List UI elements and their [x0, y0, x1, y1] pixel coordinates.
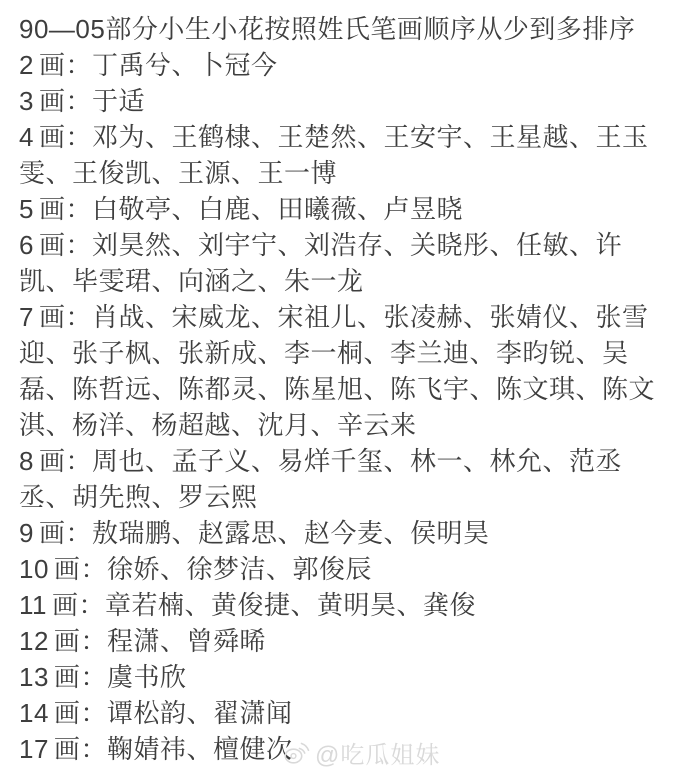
names-text: ：周也、孟子义、易烊千玺、林一、林允、范丞丞、胡先煦、罗云熙	[19, 446, 622, 512]
stroke-group-12: 12画：程潇、曾舜晞	[19, 623, 662, 659]
weibo-logo-icon	[283, 740, 310, 766]
stroke-count-number: 11	[19, 590, 47, 620]
stroke-group-3: 3画：于适	[19, 83, 662, 119]
stroke-count-unit: 画	[39, 194, 66, 224]
stroke-count-number: 2	[19, 50, 34, 80]
stroke-count-unit: 画	[54, 698, 81, 728]
stroke-count-unit: 画	[39, 518, 66, 548]
stroke-count-number: 10	[19, 554, 49, 584]
stroke-count-unit: 画	[39, 86, 66, 116]
stroke-count-number: 9	[19, 518, 34, 548]
stroke-count-number: 13	[19, 662, 49, 692]
stroke-count-unit: 画	[39, 122, 66, 152]
stroke-order-document: 90—05部分小生小花按照姓氏笔画顺序从少到多排序 2画：丁禹兮、卜冠今3画：于…	[0, 0, 690, 767]
names-text: ：白敬亭、白鹿、田曦薇、卢昱晓	[65, 194, 463, 224]
stroke-count-number: 5	[19, 194, 34, 224]
names-text: ：肖战、宋威龙、宋祖儿、张凌赫、张婧仪、张雪迎、张子枫、张新成、李一桐、李兰迪、…	[19, 302, 655, 440]
stroke-count-unit: 画	[54, 662, 81, 692]
stroke-group-8: 8画：周也、孟子义、易烊千玺、林一、林允、范丞丞、胡先煦、罗云熙	[19, 443, 662, 515]
stroke-count-unit: 画	[39, 230, 66, 260]
names-text: ：敖瑞鹏、赵露思、赵今麦、侯明昊	[65, 518, 489, 548]
stroke-count-number: 17	[19, 734, 49, 764]
stroke-count-number: 14	[19, 698, 49, 728]
names-text: ：程潇、曾舜晞	[80, 626, 266, 656]
names-text: ：虞书欣	[80, 662, 186, 692]
page-title: 90—05部分小生小花按照姓氏笔画顺序从少到多排序	[19, 11, 662, 47]
stroke-count-unit: 画	[39, 302, 66, 332]
stroke-group-10: 10画：徐娇、徐梦洁、郭俊辰	[19, 551, 662, 587]
stroke-list: 2画：丁禹兮、卜冠今3画：于适4画：邓为、王鹤棣、王楚然、王安宇、王星越、王玉雯…	[19, 47, 662, 767]
stroke-count-unit: 画	[52, 590, 79, 620]
stroke-group-9: 9画：敖瑞鹏、赵露思、赵今麦、侯明昊	[19, 515, 662, 551]
stroke-count-number: 7	[19, 302, 34, 332]
watermark-handle: @吃瓜姐妹	[315, 735, 440, 770]
names-text: ：于适	[65, 86, 145, 116]
stroke-group-4: 4画：邓为、王鹤棣、王楚然、王安宇、王星越、王玉雯、王俊凯、王源、王一博	[19, 119, 662, 191]
names-text: ：丁禹兮、卜冠今	[65, 50, 277, 80]
stroke-group-6: 6画：刘昊然、刘宇宁、刘浩存、关晓彤、任敏、许凯、毕雯珺、向涵之、朱一龙	[19, 227, 662, 299]
names-text: ：章若楠、黄俊捷、黄明昊、龚俊	[79, 590, 477, 620]
stroke-count-number: 8	[19, 446, 34, 476]
watermark: @吃瓜姐妹	[283, 735, 440, 770]
names-text: ：刘昊然、刘宇宁、刘浩存、关晓彤、任敏、许凯、毕雯珺、向涵之、朱一龙	[19, 230, 622, 296]
stroke-group-7: 7画：肖战、宋威龙、宋祖儿、张凌赫、张婧仪、张雪迎、张子枫、张新成、李一桐、李兰…	[19, 299, 662, 443]
stroke-count-number: 4	[19, 122, 34, 152]
stroke-count-unit: 画	[39, 50, 66, 80]
names-text: ：邓为、王鹤棣、王楚然、王安宇、王星越、王玉雯、王俊凯、王源、王一博	[19, 122, 649, 188]
stroke-count-unit: 画	[54, 554, 81, 584]
names-text: ：徐娇、徐梦洁、郭俊辰	[80, 554, 372, 584]
stroke-group-2: 2画：丁禹兮、卜冠今	[19, 47, 662, 83]
stroke-count-number: 12	[19, 626, 49, 656]
names-text: ：谭松韵、翟潇闻	[80, 698, 292, 728]
stroke-count-unit: 画	[54, 626, 81, 656]
stroke-count-unit: 画	[54, 734, 81, 764]
stroke-count-unit: 画	[39, 446, 66, 476]
stroke-count-number: 6	[19, 230, 34, 260]
stroke-group-13: 13画：虞书欣	[19, 659, 662, 695]
names-text: ：鞠婧祎、檀健次	[80, 734, 292, 764]
stroke-group-14: 14画：谭松韵、翟潇闻	[19, 695, 662, 731]
stroke-count-number: 3	[19, 86, 34, 116]
stroke-group-5: 5画：白敬亭、白鹿、田曦薇、卢昱晓	[19, 191, 662, 227]
stroke-group-11: 11画：章若楠、黄俊捷、黄明昊、龚俊	[19, 587, 662, 623]
